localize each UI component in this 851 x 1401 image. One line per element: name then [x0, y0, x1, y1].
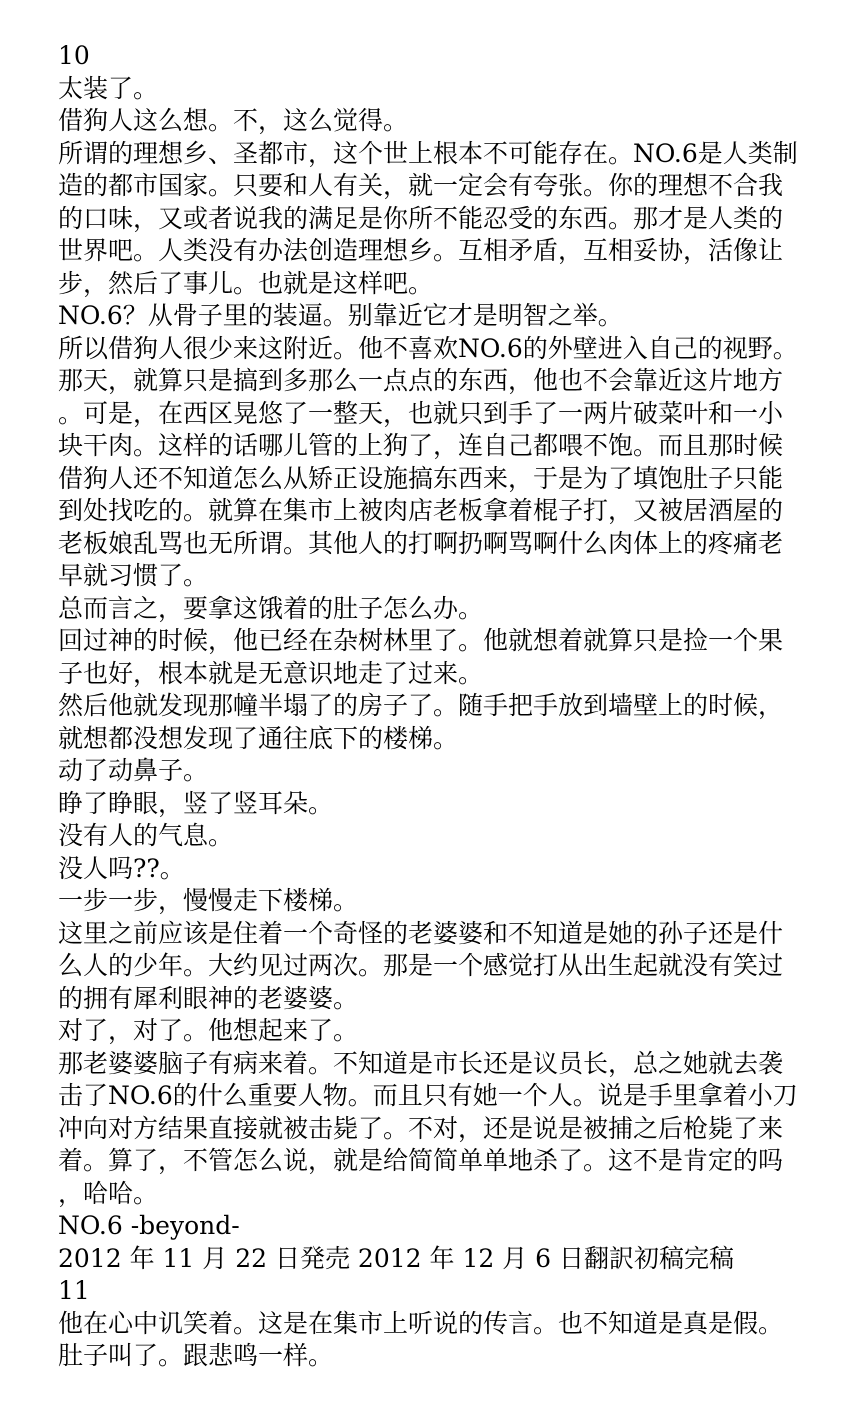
paragraph: 所谓的理想乡、圣都市，这个世上根本不可能存在。NO.6是人类制造的都市国家。只要… — [58, 138, 798, 301]
paragraph: 回过神的时候，他已经在杂树林里了。他就想着就算只是捡一个果子也好，根本就是无意识… — [58, 625, 798, 690]
paragraph: 没人吗??。 — [58, 853, 798, 886]
paragraph: 他在心中讥笑着。这是在集市上听说的传言。也不知道是真是假。 — [58, 1308, 798, 1341]
chapter-number: 11 — [58, 1275, 798, 1308]
paragraph: 动了动鼻子。 — [58, 755, 798, 788]
paragraph: 这里之前应该是住着一个奇怪的老婆婆和不知道是她的孙子还是什么人的少年。大约见过两… — [58, 918, 798, 1016]
paragraph: 肚子叫了。跟悲鸣一样。 — [58, 1340, 798, 1373]
paragraph: 所以借狗人很少来这附近。他不喜欢NO.6的外壁进入自己的视野。那天，就算只是搞到… — [58, 333, 798, 593]
document-page: 10 太装了。 借狗人这么想。不，这么觉得。 所谓的理想乡、圣都市，这个世上根本… — [58, 40, 798, 1373]
paragraph: 睁了睁眼，竖了竖耳朵。 — [58, 788, 798, 821]
paragraph: 那老婆婆脑子有病来着。不知道是市长还是议员长，总之她就去袭击了NO.6的什么重要… — [58, 1048, 798, 1211]
paragraph: 一步一步，慢慢走下楼梯。 — [58, 885, 798, 918]
release-date-line: 2012 年 11 月 22 日発売 2012 年 12 月 6 日翻訳初稿完稿 — [58, 1243, 798, 1276]
paragraph: 借狗人这么想。不，这么觉得。 — [58, 105, 798, 138]
paragraph: 总而言之，要拿这饿着的肚子怎么办。 — [58, 593, 798, 626]
paragraph: 然后他就发现那幢半塌了的房子了。随手把手放到墙壁上的时候，就想都没想发现了通往底… — [58, 690, 798, 755]
chapter-number: 10 — [58, 40, 798, 73]
paragraph: 对了，对了。他想起来了。 — [58, 1015, 798, 1048]
paragraph: NO.6？从骨子里的装逼。别靠近它才是明智之举。 — [58, 300, 798, 333]
paragraph: 太装了。 — [58, 73, 798, 106]
running-title: NO.6 -beyond- — [58, 1210, 798, 1243]
paragraph: 没有人的气息。 — [58, 820, 798, 853]
